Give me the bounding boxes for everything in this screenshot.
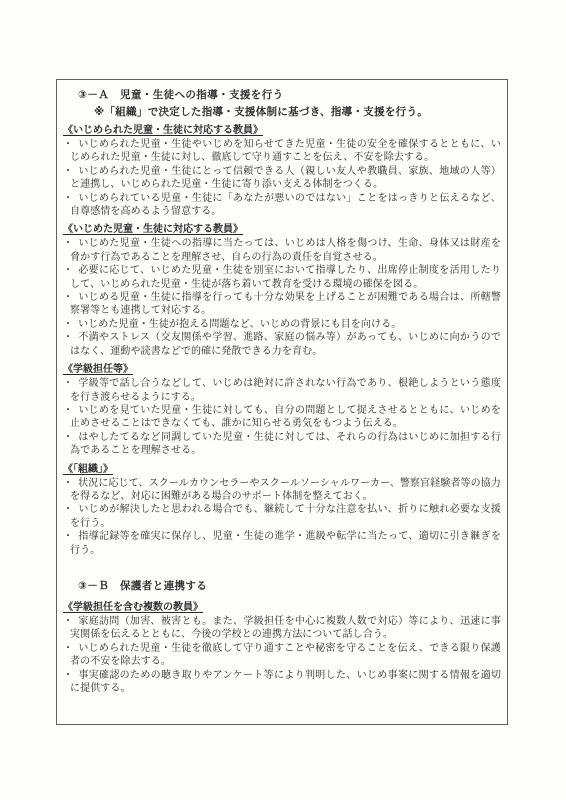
group-heading-text: 《いじめられた児童・生徒に対応する教員》 <box>63 125 263 136</box>
bullet-marker: ・ <box>63 265 73 276</box>
list-item: ・いじめが解決したと思われる場合でも、継続して十分な注意を払い、折りに触れ必要な… <box>63 503 501 530</box>
bullet-text: いじめが解決したと思われる場合でも、継続して十分な注意を払い、折りに触れ必要な支… <box>70 504 501 528</box>
bullet-marker: ・ <box>63 166 73 177</box>
bullet-list: ・家庭訪問（加害、被害とも。また、学級担任を中心に複数人数で対応）等により、迅速… <box>63 615 501 695</box>
content-table: ③－Ａ 児童・生徒への指導・支援を行う ※「組織」で決定した指導・支援体制に基づ… <box>56 79 508 725</box>
list-item: ・いじめられた児童・生徒にとって信頼できる人（親しい友人や教職員、家族、地域の人… <box>63 165 501 192</box>
group-heading-text: 《学級担任等》 <box>63 364 133 375</box>
bullet-text: 不満やストレス（交友関係や学習、進路、家庭の悩み等）があっても、いじめに向かうの… <box>70 332 501 356</box>
section-b-title: ③－Ｂ 保護者と連携する <box>78 579 501 593</box>
bullet-marker: ・ <box>63 616 73 627</box>
group-heading-text: 《「組織」》 <box>63 464 113 475</box>
list-item: ・家庭訪問（加害、被害とも。また、学級担任を中心に複数人数で対応）等により、迅速… <box>63 615 501 642</box>
bullet-marker: ・ <box>63 531 73 542</box>
bullet-marker: ・ <box>63 405 73 416</box>
bullet-text: 家庭訪問（加害、被害とも。また、学級担任を中心に複数人数で対応）等により、迅速に… <box>70 616 501 640</box>
bullet-text: いじめられた児童・生徒にとって信頼できる人（親しい友人や教職員、家族、地域の人等… <box>70 166 501 190</box>
bullet-text: いじめを見ていた児童・生徒に対しても、自分の問題として捉えさせるとともに、いじめ… <box>70 405 501 429</box>
bullet-list: ・状況に応じて、スクールカウンセラーやスクールソーシャルワーカー、警察官経験者等… <box>63 477 501 557</box>
bullet-marker: ・ <box>63 139 73 150</box>
bullet-marker: ・ <box>63 504 73 515</box>
document-page: ③－Ａ 児童・生徒への指導・支援を行う ※「組織」で決定した指導・支援体制に基づ… <box>0 0 566 800</box>
bullet-marker: ・ <box>63 670 73 681</box>
group-heading: 《いじめた児童・生徒に対応する教員》 <box>63 222 501 237</box>
bullet-text: いじめる児童・生徒に指導を行っても十分な効果を上げることが困難である場合は、所轄… <box>70 292 501 316</box>
bullet-list: ・学級等で話し合うなどして、いじめは絶対に許されない行為であり、根絶しようという… <box>63 377 501 457</box>
bullet-marker: ・ <box>63 292 73 303</box>
section-a-title: ③－Ａ 児童・生徒への指導・支援を行う <box>78 88 501 102</box>
bullet-marker: ・ <box>63 319 73 330</box>
section-a-note: ※「組織」で決定した指導・支援体制に基づき、指導・支援を行う。 <box>94 105 501 119</box>
group-heading: 《「組織」》 <box>63 462 501 477</box>
list-item: ・事実確認のための聴き取りやアンケート等により判明した、いじめ事案に関する情報を… <box>63 669 501 696</box>
group-heading: 《学級担任を含む複数の教員》 <box>63 600 501 615</box>
bullet-text: いじめられている児童・生徒に「あなたが悪いのではない」ことをはっきりと伝えるなど… <box>70 193 501 217</box>
bullet-text: 状況に応じて、スクールカウンセラーやスクールソーシャルワーカー、警察官経験者等の… <box>70 478 501 502</box>
group-heading-text: 《学級担任を含む複数の教員》 <box>63 602 203 613</box>
bullet-text: いじめた児童・生徒への指導に当たっては、いじめは人格を傷つけ、生命、身体又は財産… <box>70 238 501 262</box>
bullet-marker: ・ <box>63 193 73 204</box>
list-item: ・必要に応じて、いじめた児童・生徒を別室において指導したり、出席停止制度を活用し… <box>63 264 501 291</box>
bullet-list: ・いじめられた児童・生徒やいじめを知らせてきた児童・生徒の安全を確保するとともに… <box>63 138 501 218</box>
bullet-marker: ・ <box>63 432 73 443</box>
list-item: ・状況に応じて、スクールカウンセラーやスクールソーシャルワーカー、警察官経験者等… <box>63 477 501 504</box>
list-item: ・いじめた児童・生徒への指導に当たっては、いじめは人格を傷つけ、生命、身体又は財… <box>63 237 501 264</box>
list-item: ・いじめられた児童・生徒を徹底して守り通すことや秘密を守ることを伝え、できる限り… <box>63 642 501 669</box>
bullet-marker: ・ <box>63 332 73 343</box>
bullet-marker: ・ <box>63 478 73 489</box>
bullet-marker: ・ <box>63 378 73 389</box>
list-item: ・いじめられている児童・生徒に「あなたが悪いのではない」ことをはっきりと伝えるな… <box>63 192 501 219</box>
bullet-text: いじめられた児童・生徒を徹底して守り通すことや秘密を守ることを伝え、できる限り保… <box>70 643 501 667</box>
group-heading: 《いじめられた児童・生徒に対応する教員》 <box>63 123 501 138</box>
list-item: ・いじめを見ていた児童・生徒に対しても、自分の問題として捉えさせるとともに、いじ… <box>63 404 501 431</box>
bullet-list: ・いじめた児童・生徒への指導に当たっては、いじめは人格を傷つけ、生命、身体又は財… <box>63 237 501 358</box>
list-item: ・いじめられた児童・生徒やいじめを知らせてきた児童・生徒の安全を確保するとともに… <box>63 138 501 165</box>
bullet-text: 事実確認のための聴き取りやアンケート等により判明した、いじめ事案に関する情報を適… <box>70 670 501 694</box>
list-item: ・いじめる児童・生徒に指導を行っても十分な効果を上げることが困難である場合は、所… <box>63 291 501 318</box>
list-item: ・不満やストレス（交友関係や学習、進路、家庭の悩み等）があっても、いじめに向かう… <box>63 331 501 358</box>
list-item: ・学級等で話し合うなどして、いじめは絶対に許されない行為であり、根絶しようという… <box>63 377 501 404</box>
bullet-marker: ・ <box>63 238 73 249</box>
bullet-text: いじめられた児童・生徒やいじめを知らせてきた児童・生徒の安全を確保するとともに、… <box>70 139 501 163</box>
group-heading-text: 《いじめた児童・生徒に対応する教員》 <box>63 224 243 235</box>
group-heading: 《学級担任等》 <box>63 362 501 377</box>
bullet-text: 指導記録等を確実に保存し、児童・生徒の進学・進級や転学に当たって、適切に引き継ぎ… <box>70 531 501 555</box>
bullet-marker: ・ <box>63 643 73 654</box>
bullet-text: いじめた児童・生徒が抱える問題など、いじめの背景にも目を向ける。 <box>78 319 401 330</box>
list-item: ・はやしたてるなど同調していた児童・生徒に対しては、それらの行為はいじめに加担す… <box>63 431 501 458</box>
list-item: ・指導記録等を確実に保存し、児童・生徒の進学・進級や転学に当たって、適切に引き継… <box>63 530 501 557</box>
bullet-text: 学級等で話し合うなどして、いじめは絶対に許されない行為であり、根絶しようという態… <box>70 378 501 402</box>
bullet-text: 必要に応じて、いじめた児童・生徒を別室において指導したり、出席停止制度を活用した… <box>70 265 501 289</box>
bullet-text: はやしたてるなど同調していた児童・生徒に対しては、それらの行為はいじめに加担する… <box>70 432 501 456</box>
list-item: ・いじめた児童・生徒が抱える問題など、いじめの背景にも目を向ける。 <box>63 318 501 331</box>
